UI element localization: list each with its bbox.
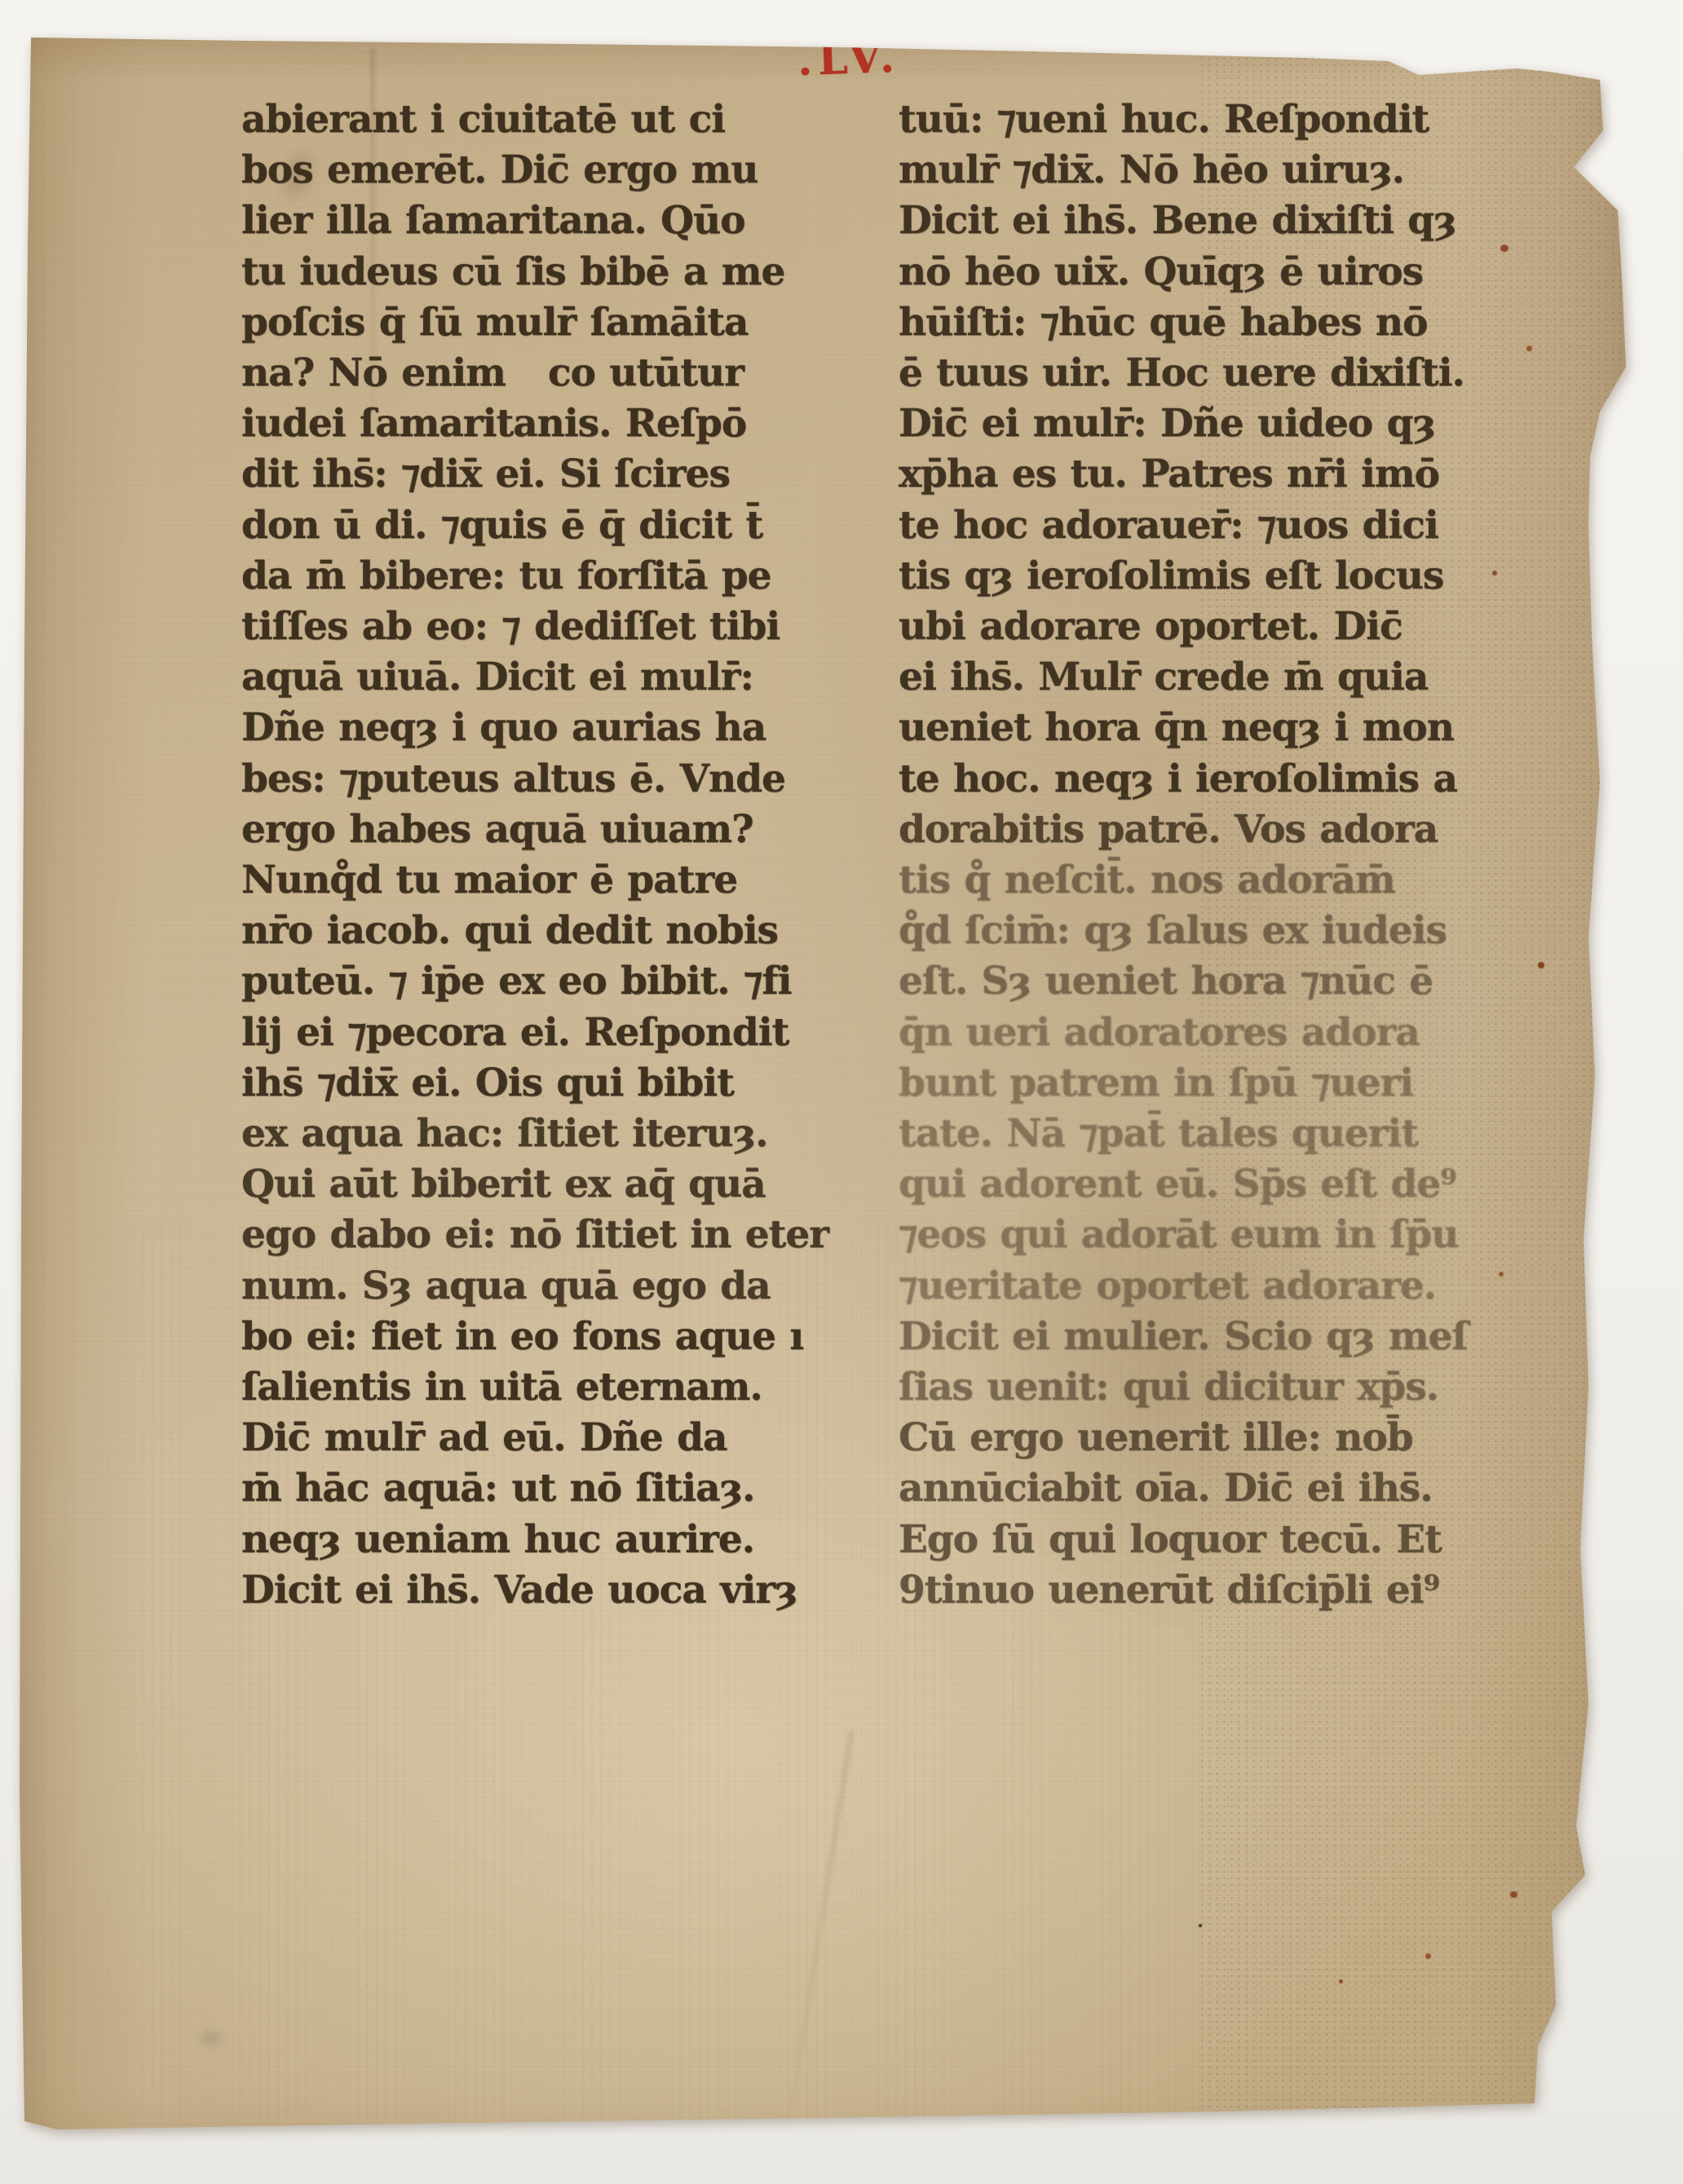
text-line: te hoc. neqȝ i ieroſolimis a	[899, 754, 1506, 805]
text-line: bunt patrem in ſpū ⁊ueri	[899, 1058, 1506, 1109]
text-column-left: abierant i ciuitatē ut cibos emerēt. Dic…	[241, 95, 824, 1616]
crease-line	[789, 1731, 853, 2110]
text-line: Nunq̊d tu maior ē patre	[241, 855, 824, 906]
text-line: annūciabit oīa. Dic̄ ei ihs̄.	[899, 1463, 1506, 1514]
rust-spot	[1199, 1924, 1202, 1927]
text-line: ex aqua hac: ſitiet iteruȝ.	[241, 1109, 824, 1159]
text-line: dit ihs̄: ⁊dix̄ ei. Si ſcires	[241, 449, 824, 500]
folio-number: .LV.	[797, 33, 901, 86]
text-line: ſalientis in uitā eternam.	[241, 1362, 824, 1413]
text-line: abierant i ciuitatē ut ci	[241, 95, 824, 145]
text-line: ueniet hora q̄n neqȝ i mon	[899, 703, 1506, 753]
text-line: hūiſti: ⁊hūc quē habes nō	[899, 298, 1506, 348]
text-line: tu iudeus cū ſis bibē a me	[241, 247, 824, 298]
text-line: qui adorent eū. Sp̄s eſt de⁹	[899, 1159, 1506, 1210]
rust-spot	[1339, 1979, 1343, 1983]
text-line: ⁊ueritate oportet adorare.	[899, 1261, 1506, 1312]
text-line: neqȝ ueniam huc aurire.	[241, 1515, 824, 1565]
text-line: Ego ſū qui loquor tecū. Et	[899, 1515, 1506, 1565]
text-line: q̊d ſcim̄: qȝ ſalus ex iudeis	[899, 906, 1506, 956]
text-line: aquā uiuā. Dicit ei mulr̄:	[241, 652, 824, 703]
text-line: tuū: ⁊ueni huc. Reſpondit	[899, 95, 1506, 145]
scan-backdrop: .LV. abierant i ciuitatē ut cibos emerēt…	[0, 0, 1683, 2184]
rust-spot	[1538, 962, 1544, 968]
text-line: Dic̄ ei mulr̄: Dñe uideo qȝ	[899, 399, 1506, 449]
text-line: na? Nō enim co utūtur	[241, 348, 824, 399]
text-line: ubi adorare oportet. Dic̄	[899, 602, 1506, 652]
rust-spot	[1526, 346, 1532, 351]
text-line: tis qȝ ieroſolimis eſt locus	[899, 551, 1506, 602]
text-line: q̄n ueri adoratores adora	[899, 1008, 1506, 1058]
text-line: 9tinuo uenerūt diſcip̄li ei⁹	[899, 1565, 1506, 1616]
faint-mark	[189, 2022, 233, 2054]
text-line: bes: ⁊puteus altus ē. Vnde	[241, 754, 824, 805]
text-line: ego dabo ei: nō ſitiet in eter	[241, 1210, 824, 1260]
rust-spot	[1510, 1891, 1517, 1898]
text-line: poſcis q̄ ſū mulr̄ ſamāita	[241, 298, 824, 348]
text-line: xp̄ha es tu. Patres nr̄i imō	[899, 449, 1506, 500]
manuscript-leaf: .LV. abierant i ciuitatē ut cibos emerēt…	[0, 0, 1683, 2184]
text-line: eſt. Sȝ ueniet hora ⁊nūc ē	[899, 956, 1506, 1007]
text-line: Qui aūt biberit ex aq̄ quā	[241, 1159, 824, 1210]
text-line: Dicit ei ihs̄. Vade uoca virȝ	[241, 1565, 824, 1616]
text-line: lij ei ⁊pecora ei. Reſpondit	[241, 1008, 824, 1058]
text-line: da m̄ bibere: tu forſitā pe	[241, 551, 824, 602]
text-line: Dic̄ mulr̄ ad eū. Dñe da	[241, 1413, 824, 1463]
text-line: tate. Nā ⁊pat̄ tales querit	[899, 1109, 1506, 1159]
text-line: Dicit ei mulier. Scio qȝ meſ	[899, 1312, 1506, 1362]
text-line: Dicit ei ihs̄. Bene dixiſti qȝ	[899, 196, 1506, 246]
text-line: don ū di. ⁊quis ē q̄ dicit t̄	[241, 501, 824, 551]
text-line: lier illa ſamaritana. Qūo	[241, 196, 824, 246]
text-line: dorabitis patrē. Vos adora	[899, 805, 1506, 855]
text-line: ihs̄ ⁊dix̄ ei. Ois qui bibit	[241, 1058, 824, 1109]
text-line: ē tuus uir. Hoc uere dixiſti.	[899, 348, 1506, 399]
text-line: tis q̊ neſcit̄. nos adorām̄	[899, 855, 1506, 906]
text-line: nō hēo uix̄. Quīqȝ ē uiros	[899, 247, 1506, 298]
text-line: m̄ hāc aquā: ut nō ſitiaȝ.	[241, 1463, 824, 1514]
text-line: bo ei: fiet in eo fons aque ı	[241, 1312, 824, 1362]
text-line: Dñe neqȝ i quo aurias ha	[241, 703, 824, 753]
text-line: ⁊eos qui adorāt eum in ſp̄u	[899, 1210, 1506, 1260]
text-line: puteū. ⁊ ip̄e ex eo bibit. ⁊fi	[241, 956, 824, 1007]
text-line: ſias uenit: qui dicitur xp̄s.	[899, 1362, 1506, 1413]
text-line: num. Sȝ aqua quā ego da	[241, 1261, 824, 1312]
text-column-right: tuū: ⁊ueni huc. Reſponditmulr̄ ⁊dix̄. Nō…	[899, 95, 1506, 1616]
manuscript-leaf-wrap: .LV. abierant i ciuitatē ut cibos emerēt…	[0, 0, 1683, 2184]
text-line: ei ihs̄. Mulr̄ crede m̄ quia	[899, 652, 1506, 703]
text-line: bos emerēt. Dic̄ ergo mu	[241, 145, 824, 196]
text-line: iudei ſamaritanis. Reſpō	[241, 399, 824, 449]
text-line: Cū ergo uenerit ille: nob̄	[899, 1413, 1506, 1463]
text-line: nr̄o iacob. qui dedit nobis	[241, 906, 824, 956]
rust-spot	[1425, 1953, 1431, 1959]
text-line: te hoc adorauer̄: ⁊uos dici	[899, 501, 1506, 551]
text-line: mulr̄ ⁊dix̄. Nō hēo uiruȝ.	[899, 145, 1506, 196]
text-line: ergo habes aquā uiuam?	[241, 805, 824, 855]
text-line: tiſſes ab eo: ⁊ dediſſet tibi	[241, 602, 824, 652]
